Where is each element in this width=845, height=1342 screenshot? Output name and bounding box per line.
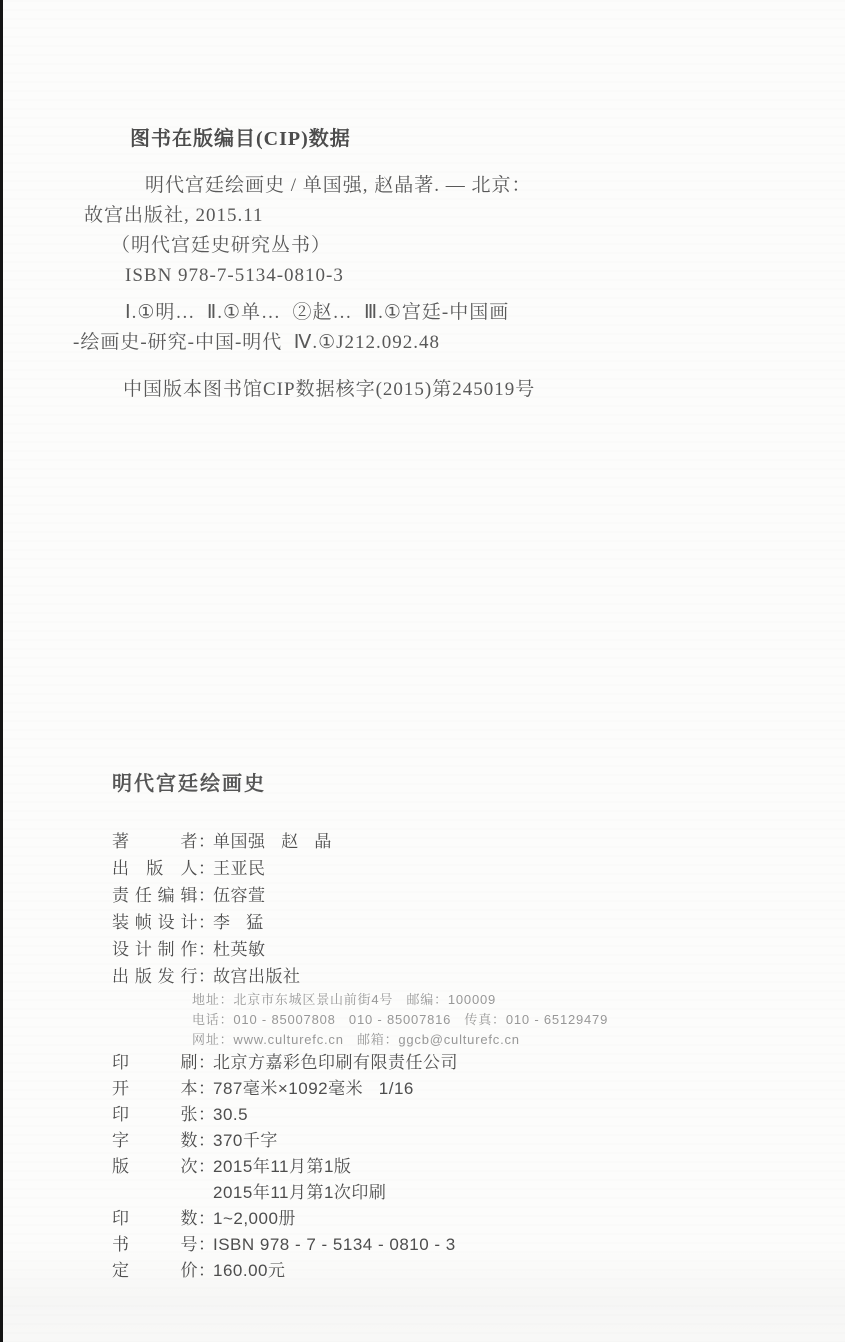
contact-block: 地址：北京市东城区景山前街4号 邮编：100009 电话：010 - 85007… [192,990,792,1050]
row-value: 北京方嘉彩色印刷有限责任公司 [213,1053,458,1072]
row-value: 30.5 [213,1105,248,1124]
row-label: 书号 [112,1232,198,1258]
row-label: 责任编辑 [112,882,198,909]
colophon-row: 责任编辑：伍容萱 [112,882,792,909]
row-colon: ： [198,828,213,855]
row-label: 印数 [112,1206,198,1232]
cip-series-line: （明代宫廷史研究丛书） [73,231,753,261]
row-colon: ： [198,1102,213,1128]
row-value: 787毫米×1092毫米 1/16 [213,1079,414,1098]
colophon-section: 明代宫廷绘画史 著者：单国强 赵 晶 出版人：王亚民 责任编辑：伍容萱 装帧设计… [112,770,792,1284]
colophon-row: 出版发行：故宫出版社 [112,963,792,990]
book-title: 明代宫廷绘画史 [112,770,792,798]
cip-classification-line-1: Ⅰ.①明… Ⅱ.①单… ②赵… Ⅲ.①宫廷-中国画 [73,298,753,328]
row-value: ISBN 978 - 7 - 5134 - 0810 - 3 [213,1235,456,1254]
cip-description-line-1: 明代宫廷绘画史 / 单国强, 赵晶著. — 北京： [73,171,753,201]
row-label: 开本 [112,1076,198,1102]
colophon-row: 版次：2015年11月第1版 [112,1154,792,1180]
staff-list: 著者：单国强 赵 晶 出版人：王亚民 责任编辑：伍容萱 装帧设计：李 猛 设计制… [112,828,792,990]
row-colon: ： [198,1076,213,1102]
row-value: 370千字 [213,1131,278,1150]
cip-classification-line-2: -绘画史-研究-中国-明代 Ⅳ.①J212.092.48 [73,328,753,358]
row-value: 2015年11月第1次印刷 [213,1183,386,1202]
row-value: 伍容萱 [213,886,266,905]
row-value: 1~2,000册 [213,1209,296,1228]
row-label: 出版人 [112,855,198,882]
cip-description-line-2: 故宫出版社, 2015.11 [73,201,753,231]
row-value: 王亚民 [213,859,266,878]
book-spine-edge [0,0,3,1342]
row-value: 单国强 赵 晶 [213,832,332,851]
colophon-row: 装帧设计：李 猛 [112,909,792,936]
cip-section: 图书在版编目(CIP)数据 明代宫廷绘画史 / 单国强, 赵晶著. — 北京： … [73,124,753,405]
cip-isbn-line: ISBN 978-7-5134-0810-3 [73,261,753,291]
row-label: 定价 [112,1258,198,1284]
colophon-row: 印数：1~2,000册 [112,1206,792,1232]
row-value: 160.00元 [213,1261,286,1280]
contact-line: 地址：北京市东城区景山前街4号 邮编：100009 [192,990,792,1010]
row-value: 2015年11月第1版 [213,1157,351,1176]
colophon-row: 印刷：北京方嘉彩色印刷有限责任公司 [112,1050,792,1076]
colophon-row: 开本：787毫米×1092毫米 1/16 [112,1076,792,1102]
row-label: 印张 [112,1102,198,1128]
row-value: 李 猛 [213,913,264,932]
colophon-row: 设计制作：杜英敏 [112,936,792,963]
print-list: 印刷：北京方嘉彩色印刷有限责任公司 开本：787毫米×1092毫米 1/16 印… [112,1050,792,1284]
row-label: 著者 [112,828,198,855]
colophon-row: 字数：370千字 [112,1128,792,1154]
colophon-row: 著者：单国强 赵 晶 [112,828,792,855]
contact-line: 电话：010 - 85007808 010 - 85007816 传真：010 … [192,1010,792,1030]
colophon-row: 定价：160.00元 [112,1258,792,1284]
contact-line: 网址：www.culturefc.cn 邮箱：ggcb@culturefc.cn [192,1030,792,1050]
row-colon: ： [198,1050,213,1076]
row-colon: ： [198,855,213,882]
colophon-row: 书号：ISBN 978 - 7 - 5134 - 0810 - 3 [112,1232,792,1258]
row-colon: ： [198,1206,213,1232]
row-label: 出版发行 [112,963,198,990]
colophon-row: 出版人：王亚民 [112,855,792,882]
colophon-row: 印张：30.5 [112,1102,792,1128]
row-colon: ： [198,909,213,936]
colophon-row: ：2015年11月第1次印刷 [112,1180,792,1206]
row-colon: ： [198,963,213,990]
row-colon: ： [198,1258,213,1284]
cip-heading: 图书在版编目(CIP)数据 [73,124,753,154]
row-colon: ： [198,1154,213,1180]
row-label: 印刷 [112,1050,198,1076]
scanned-book-copyright-page: 图书在版编目(CIP)数据 明代宫廷绘画史 / 单国强, 赵晶著. — 北京： … [0,0,845,1342]
row-label: 装帧设计 [112,909,198,936]
row-value: 故宫出版社 [213,967,301,986]
row-label: 版次 [112,1154,198,1180]
row-colon: ： [198,882,213,909]
row-label: 设计制作 [112,936,198,963]
row-colon: ： [198,936,213,963]
cip-registry-line: 中国版本图书馆CIP数据核字(2015)第245019号 [73,375,753,405]
row-label: 字数 [112,1128,198,1154]
row-value: 杜英敏 [213,940,266,959]
row-colon: ： [198,1128,213,1154]
row-colon: ： [198,1232,213,1258]
